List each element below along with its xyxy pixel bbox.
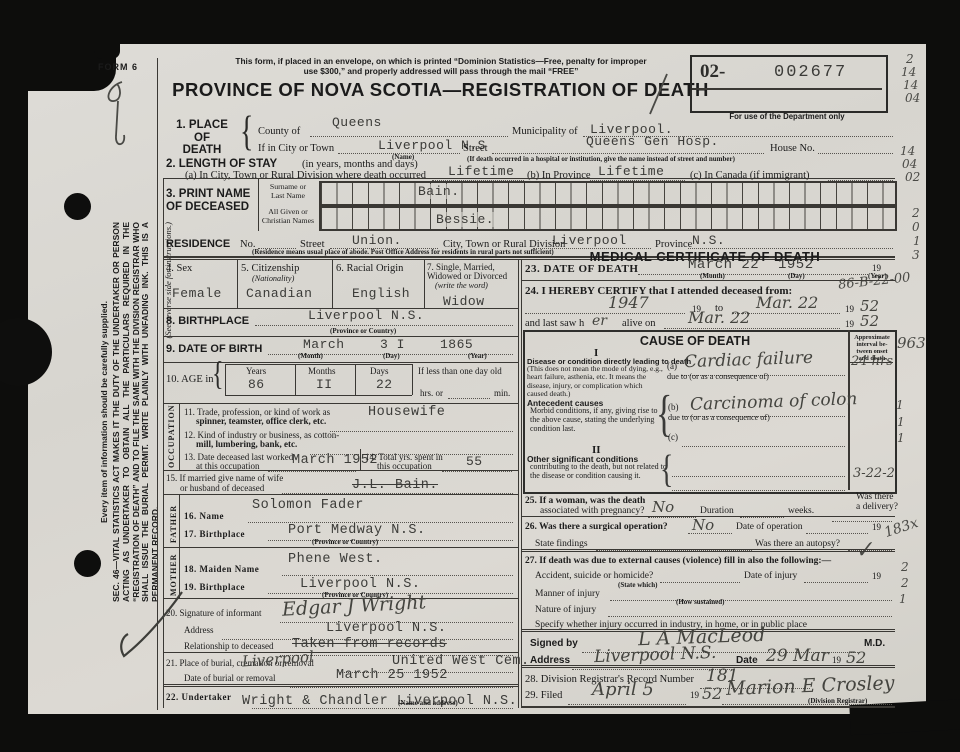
rule <box>295 364 296 395</box>
dotted-line <box>610 590 892 601</box>
margin-note: 14 <box>900 144 915 158</box>
s9-label: 9. DATE OF BIRTH <box>166 343 262 355</box>
s24-to-value: Mar. 22 <box>756 293 818 312</box>
s9-day-value: 3 I <box>380 337 405 352</box>
s26-findings-label: State findings <box>535 539 588 549</box>
s2-b-label: (b) In Province <box>527 170 591 181</box>
s2-b-value: Lifetime <box>598 164 664 179</box>
s23-day-note: (Day) <box>788 272 805 280</box>
s24-19c: 19 <box>845 319 854 329</box>
s3-given-grid <box>319 206 897 231</box>
s26-date-label: Date of operation <box>736 522 802 532</box>
margin-note: 0 <box>912 220 920 234</box>
s3-label-l2: OF DECEASED <box>166 201 250 214</box>
s1-label: 1. PLACE OF DEATH <box>166 119 238 157</box>
s10-months-value: II <box>316 377 333 392</box>
sidebar-supplied-note: Every item of information should be care… <box>99 222 109 602</box>
s23-year-value: 1952 <box>778 257 814 273</box>
mail-note-line1: This form, if placed in an envelope, on … <box>185 56 697 66</box>
s3-surname-l2: Last Name <box>260 192 316 201</box>
s2-a-value: Lifetime <box>448 164 514 179</box>
margin-note: 1 <box>896 398 904 412</box>
s1-label-l2: OF <box>166 132 238 145</box>
rule <box>163 403 518 404</box>
s10-hrs-label: hrs. or <box>420 388 443 398</box>
page-title: PROVINCE OF NOVA SCOTIA—REGISTRATION OF … <box>168 79 713 101</box>
s27-label: 27. If death was due to external causes … <box>525 556 831 566</box>
rule <box>692 88 882 90</box>
s27-accident-label: Accident, suicide or homicide? <box>535 571 653 581</box>
cause-b-label: (b) <box>668 402 679 412</box>
s1-city-label: If in City or Town <box>258 143 334 154</box>
s29-year: 52 <box>702 684 722 703</box>
s11-l2: spinner, teamster, office clerk, etc. <box>196 416 326 426</box>
dotted-line <box>448 388 490 399</box>
s4-label: 4. Sex <box>166 263 192 274</box>
dotted-line <box>828 170 893 181</box>
dotted-line <box>608 606 892 617</box>
rule <box>225 364 412 365</box>
rule <box>424 260 425 308</box>
s29-paren: (Division Registrar) <box>808 697 867 705</box>
s15-l1: 15. If married give name of wife <box>166 473 283 483</box>
margin-note: 1 <box>899 592 907 606</box>
margin-note: 1 <box>897 415 905 429</box>
s23-year-note: (Year) <box>868 272 887 280</box>
s3-surname-value: Bain. <box>418 184 460 199</box>
cause-a-label: (a) <box>667 361 677 371</box>
s24-on-value: Mar. 22 <box>688 308 750 327</box>
s10-years-value: 86 <box>248 377 265 392</box>
s20-address-value: Liverpool N.S. <box>326 621 446 636</box>
form-number: FORM 6 <box>98 62 138 72</box>
s1-house-label: House No. <box>770 143 815 154</box>
margin-note: 14 <box>903 78 918 92</box>
s24-last2: alive on <box>622 318 656 329</box>
handwritten-slash <box>644 70 670 118</box>
s1-label-l1: 1. PLACE <box>166 119 238 132</box>
s20-relationship-label: Relationship to deceased <box>184 641 273 651</box>
s11-value: Housewife <box>368 405 445 420</box>
dotted-line <box>672 480 845 491</box>
s10-less-label: If less than one day old <box>418 366 502 376</box>
death-certificate-scan: FORM 6 Every item of information should … <box>0 0 960 752</box>
s14-value: 55 <box>466 454 483 469</box>
s25-duration-label: Duration <box>700 506 734 516</box>
s9-day-note: (Day) <box>383 352 400 360</box>
mail-note: This form, if placed in an envelope, on … <box>185 56 697 76</box>
margin-note: 14 <box>901 65 916 79</box>
s3-surname-label: Surname or Last Name <box>260 183 316 200</box>
registration-number: 002677 <box>774 63 847 82</box>
dotted-line <box>248 512 513 523</box>
s3-label: 3. PRINT NAME OF DECEASED <box>166 188 250 214</box>
s23-month-note: (Month) <box>700 272 725 280</box>
rule <box>521 280 895 281</box>
dotted-line <box>818 143 893 154</box>
s27-date-label: Date of injury <box>744 571 797 581</box>
rule <box>163 547 518 548</box>
dotted-line <box>330 421 513 432</box>
s27-how-sustained: (How sustained) <box>676 598 724 606</box>
s3-label-l1: 3. PRINT NAME <box>166 188 250 201</box>
s29-label: 29. Filed <box>525 690 562 701</box>
s17-value: Port Medway N.S. <box>288 523 426 538</box>
s22-label: 22. Undertaker <box>166 692 232 702</box>
s22-paren: (Name and address) <box>398 699 458 707</box>
dotted-line <box>682 436 845 447</box>
s3-residence-label: RESIDENCE <box>166 238 230 250</box>
s5-paren: (Nationality) <box>252 274 294 283</box>
rule <box>163 178 895 179</box>
s20-address-label: Address <box>184 625 214 635</box>
dotted-line <box>806 523 868 534</box>
handwritten-squiggle <box>96 74 146 159</box>
brace: { <box>212 357 224 395</box>
s8-paren: (Province or Country) <box>330 327 396 335</box>
s10-years-label: Years <box>246 366 266 376</box>
hole-punch-top <box>64 193 91 220</box>
cause-ante-l2: Morbid conditions, if any, giving rise t… <box>530 407 662 433</box>
s12-l2: mill, lumbering, bank, etc. <box>196 439 297 449</box>
s21-date-value: March 25 1952 <box>336 668 448 683</box>
cause-a-interval: 24 hrs <box>851 354 893 369</box>
rule <box>360 449 361 470</box>
s18-label: 18. Maiden Name <box>184 564 259 574</box>
signed-by-label: Signed by <box>530 638 578 649</box>
cause-other-interval: 3-22-2 <box>853 466 895 481</box>
sign-19: 19 <box>832 655 841 665</box>
dept-note: For use of the Department only <box>690 112 884 121</box>
cause-due2: due to (or as a consequence of) <box>668 413 770 422</box>
s29-date-value: April 5 <box>592 679 654 700</box>
margin-note: 1 <box>913 234 921 248</box>
s24-19b: 19 <box>845 304 854 314</box>
margin-note: 04 <box>905 91 920 105</box>
sign-address-value: Liverpool N.S. <box>594 643 717 667</box>
s26-19: 19 <box>872 522 881 532</box>
rule <box>848 330 850 490</box>
s17-paren: (Province or Country) <box>312 538 378 546</box>
rule <box>163 684 518 685</box>
s15-value: J.L. Bain. <box>352 478 438 493</box>
s1-street-label: Street <box>463 143 488 154</box>
s5-value: Canadian <box>246 286 312 301</box>
s24-label: 24. I HEREBY CERTIFY that I attended dec… <box>525 285 792 297</box>
rule <box>163 652 518 653</box>
dotted-line <box>660 572 740 583</box>
s10-days-label: Days <box>370 366 389 376</box>
s3-residence-note: (Residence means usual place of abode. P… <box>252 248 554 256</box>
s5-label: 5. Citizenship <box>241 263 299 274</box>
rule <box>412 364 413 395</box>
s25-weeks-label: weeks. <box>788 506 814 516</box>
s16-label: 16. Name <box>184 511 224 521</box>
dotted-line <box>282 565 513 576</box>
occupation-vertical-label: OCCUPATION <box>167 405 176 468</box>
father-vertical-label: FATHER <box>169 505 178 543</box>
sidebar-rotated-text: Every item of information should be care… <box>99 222 173 602</box>
s24-er: er <box>592 313 607 329</box>
rule <box>179 403 180 470</box>
hole-punch-bottom <box>74 550 101 577</box>
s3-given-label: All Given or Christian Names <box>258 208 318 225</box>
s9-year-value: 1865 <box>440 337 473 352</box>
s10-months-label: Months <box>308 366 336 376</box>
s3-street-value: Union. <box>352 233 402 248</box>
rule <box>521 259 522 708</box>
film-notch <box>94 44 120 59</box>
rule <box>179 494 180 547</box>
s4-value: Female <box>172 286 222 301</box>
s2-c-label: (c) In Canada (if immigrant) <box>690 170 810 181</box>
s27-19: 19 <box>872 571 881 581</box>
s24-on-year: 52 <box>860 312 879 330</box>
mail-note-line2: use $300,” and properly addressed will p… <box>185 66 697 76</box>
s1-hospital-note: (If death occurred in a hospital or inst… <box>467 155 735 163</box>
brace: { <box>240 109 253 157</box>
s3-given-value: Bessie. <box>436 212 494 227</box>
s1-county-value: Queens <box>332 115 382 130</box>
dotted-line <box>804 572 868 583</box>
margin-note: 3 <box>912 248 920 262</box>
s20-relationship-value: Taken from records <box>292 637 447 652</box>
rule <box>163 686 518 687</box>
s2-a-label: (a) In City, Town or Rural Division wher… <box>185 170 426 181</box>
dotted-line <box>672 466 845 477</box>
rule <box>518 259 519 708</box>
s25-l2: associated with pregnancy? <box>540 506 644 516</box>
rule <box>225 395 412 396</box>
s7-value: Widow <box>443 294 485 309</box>
s9-year-note: (Year) <box>468 352 487 360</box>
s2-label: 2. LENGTH OF STAY <box>166 158 277 170</box>
s10-min-label: min. <box>494 388 510 398</box>
s26-autopsy-label: Was there an autopsy? <box>755 539 840 549</box>
cause-title: CAUSE OF DEATH <box>560 334 830 348</box>
s23-label: 23. DATE OF DEATH <box>525 263 638 275</box>
rule <box>521 551 895 552</box>
s7-paren: (write the word) <box>435 281 488 290</box>
rule <box>521 549 895 550</box>
rule <box>163 494 518 495</box>
s3-surname-grid <box>319 181 897 206</box>
cause-due1: due to (or as a consequence of) <box>667 372 769 381</box>
s23-value: March 22 <box>688 257 759 273</box>
margin-note: 2 <box>906 52 914 66</box>
registration-box: 02- 002677 <box>690 55 888 113</box>
s8-value: Liverpool N.S. <box>308 308 424 323</box>
margin-note: 2 <box>901 576 909 590</box>
sign-date-value: 29 Mar <box>766 646 829 666</box>
rule <box>355 364 356 395</box>
s9-month-value: March <box>303 337 345 352</box>
s21-date-label: Date of burial or removal <box>184 673 275 683</box>
s24-last1: and last saw h <box>525 318 584 329</box>
s19-label: 19. Birthplace <box>184 582 245 592</box>
rule <box>332 260 333 308</box>
handwritten-checkmark <box>110 588 188 668</box>
s17-label: 17. Birthplace <box>184 529 245 539</box>
sidebar-act-text: SEC. 46—VITAL STATISTICS ACT MAKES IT TH… <box>112 222 161 602</box>
rule <box>237 260 238 308</box>
rule <box>225 364 226 395</box>
cause-other-l2: contributing to the death, but not relat… <box>530 463 670 481</box>
s19-value: Liverpool N.S. <box>300 577 420 592</box>
s1-street-value: Queens Gen Hosp. <box>586 134 719 149</box>
s6-label: 6. Racial Origin <box>336 263 403 274</box>
registration-prefix: 02- <box>700 61 725 83</box>
s3-city-value: Liverpool <box>552 233 627 248</box>
s21-place-value: United West Cem. <box>392 654 530 669</box>
margin-note: 2 <box>901 560 909 574</box>
md-label: M.D. <box>864 638 885 649</box>
s1-municipality-label: Municipality of <box>512 126 578 137</box>
margin-note: 2 <box>912 206 920 220</box>
margin-note: 04 <box>902 157 917 171</box>
s10-label: 10. AGE in <box>166 374 214 385</box>
s29-19: 19 <box>690 690 699 700</box>
s15-l2: or husband of deceased <box>180 483 264 493</box>
s16-value: Solomon Fader <box>252 498 364 513</box>
s3-province-value: N.S. <box>692 233 725 248</box>
s3-given-l2: Christian Names <box>258 217 318 226</box>
s1-county-label: County of <box>258 126 300 137</box>
s25-delivery-l1: Was there <box>856 492 893 502</box>
s9-month-note: (Month) <box>298 352 323 360</box>
s1-label-l3: DEATH <box>166 144 238 157</box>
s2-paren: (in years, months and days) <box>302 159 418 170</box>
s22-value: Wright & Chandler Liverpool N.S. <box>242 694 517 709</box>
margin-note: 1 <box>897 431 905 445</box>
cause-disease-l2: (This does not mean the mode of dying, e… <box>527 365 663 398</box>
margin-note: 02 <box>905 170 920 184</box>
s25-l1: 25. If a woman, was the death <box>525 496 645 506</box>
s27-state-which: (State which) <box>618 581 657 589</box>
s7-l2: Widowed or Divorced <box>427 271 507 281</box>
margin-note: 963 <box>897 334 926 352</box>
s27-nature-label: Nature of injury <box>535 605 596 615</box>
s6-value: English <box>352 286 410 301</box>
rule <box>521 706 895 708</box>
s27-manner-label: Manner of injury <box>535 589 600 599</box>
rule <box>163 470 518 471</box>
s10-days-value: 22 <box>376 377 393 392</box>
cause-c-label: (c) <box>668 432 678 442</box>
s8-label: 8. BIRTHPLACE <box>166 315 249 327</box>
s26-label: 26. Was there a surgical operation? <box>525 522 668 532</box>
s24-from-value: 1947 <box>608 293 649 312</box>
dotted-line <box>688 523 732 534</box>
